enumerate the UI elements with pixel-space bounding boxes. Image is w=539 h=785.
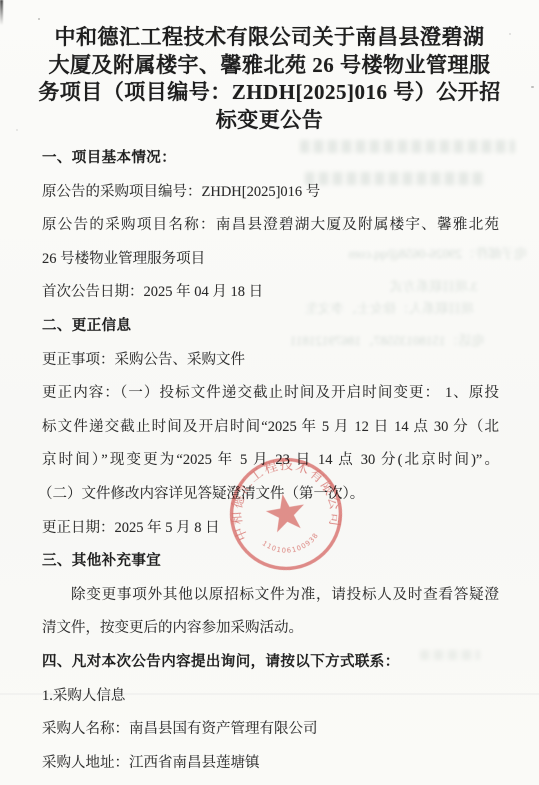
- scan-speck: [16, 129, 18, 131]
- document-title: 中和德汇工程技术有限公司关于南昌县澄碧湖 大厦及附属楼宇、馨雅北苑 26 号楼物…: [28, 24, 511, 134]
- document-page: 电子邮件：29026-0658@qq.com 3.项目联系方式 项目联系人：徐女…: [0, 0, 539, 785]
- section-heading-4: 四、凡对本次公告内容提出询问，请按以下方式联系：: [42, 646, 499, 680]
- body-line: 更正内容：（一）投标文件递交截止时间及开启时间变更： 1、原投: [42, 377, 499, 411]
- body-line: 采购人名称：南昌县国有资产管理有限公司: [42, 713, 499, 747]
- company-seal-graphic: 中和德汇工程技术有限公司 11010610093879: [219, 447, 353, 581]
- title-line: 标变更公告: [28, 107, 511, 135]
- body-line: 采购人地址：江西省南昌县莲塘镇: [42, 747, 499, 781]
- title-line: 中和德汇工程技术有限公司关于南昌县澄碧湖: [28, 24, 511, 52]
- title-line: 大厦及附属楼宇、馨雅北苑 26 号楼物业管理服: [28, 52, 511, 80]
- body-line: 1.采购人信息: [42, 680, 499, 714]
- star-icon: [263, 491, 307, 534]
- body-line: 原公告的采购项目名称：南昌县澄碧湖大厦及附属楼宇、馨雅北苑: [42, 209, 499, 243]
- body-line: 更正事项：采购公告、采购文件: [42, 344, 499, 378]
- body-line: 26 号楼物业管理服务项目: [42, 243, 499, 277]
- section-heading-2: 二、更正信息: [42, 310, 499, 344]
- scan-speck: [531, 86, 534, 88]
- scan-corner-mark: [0, 0, 3, 25]
- section-heading-1: 一、项目基本情况：: [42, 142, 499, 176]
- company-seal: 中和德汇工程技术有限公司 11010610093879: [219, 447, 353, 581]
- body-line: 除变更事项外其他以原招标文件为准，请投标人及时查看答疑澄: [42, 579, 499, 613]
- body-line: 清文件，按变更后的内容参加采购活动。: [42, 612, 499, 646]
- body-line: 首次公告日期：2025 年 04 月 18 日: [42, 276, 499, 310]
- body-line: 标文件递交截止时间及开启时间“2025 年 5 月 12 日 14 点 30 分…: [42, 411, 499, 445]
- body-line: 原公告的采购项目编号：ZHDH[2025]016 号: [42, 176, 499, 210]
- scan-speck: [38, 18, 40, 20]
- title-line: 务项目（项目编号：ZHDH[2025]016 号）公开招: [28, 79, 511, 107]
